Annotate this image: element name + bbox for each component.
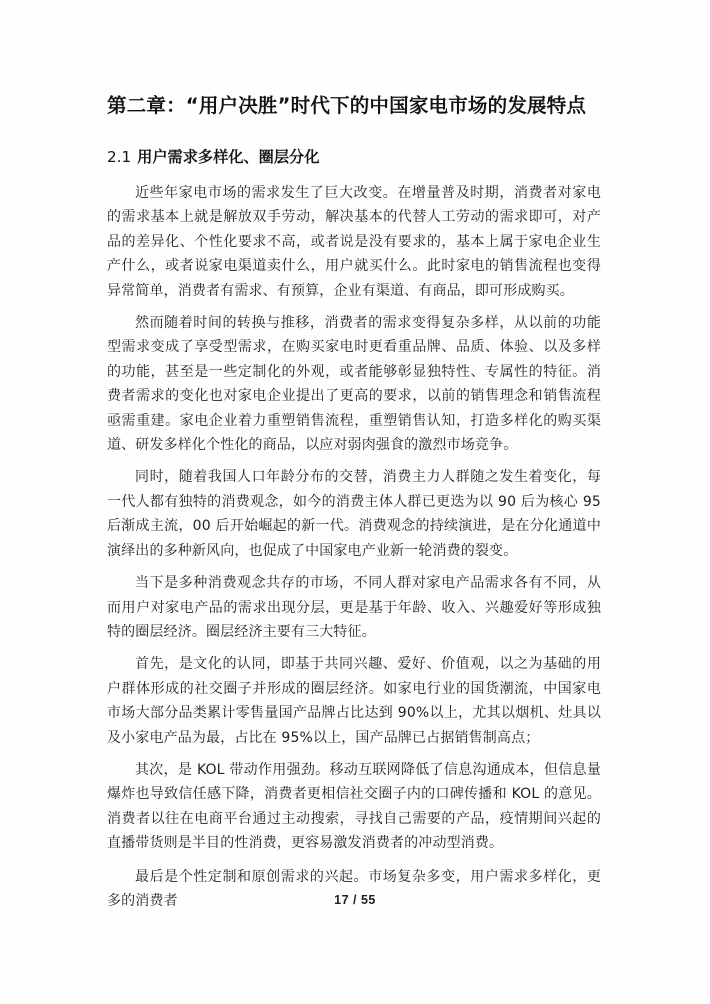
- paragraph-5: 首先，是文化的认同，即基于共同兴趣、爱好、价值观，以之为基础的用户群体形成的社交…: [107, 652, 601, 750]
- section-number: 2.1: [107, 148, 131, 166]
- paragraph-6: 其次，是 KOL 带动作用强劲。移动互联网降低了信息沟通成本，但信息量爆炸也导致…: [107, 758, 601, 856]
- page-content: 第二章：“用户决胜”时代下的中国家电市场的发展特点 2.1用户需求多样化、圈层分…: [107, 92, 601, 913]
- paragraph-4: 当下是多种消费观念共存的市场，不同人群对家电产品需求各有不同，从而用户对家电产品…: [107, 571, 601, 644]
- page-number: 17 / 55: [0, 893, 710, 907]
- document-page: 第二章：“用户决胜”时代下的中国家电市场的发展特点 2.1用户需求多样化、圈层分…: [0, 0, 710, 1004]
- paragraph-1: 近些年家电市场的需求发生了巨大改变。在增量普及时期，消费者对家电的需求基本上就是…: [107, 181, 601, 303]
- section-title: 用户需求多样化、圈层分化: [137, 148, 319, 166]
- paragraph-2: 然而随着时间的转换与推移，消费者的需求变得复杂多样，从以前的功能型需求变成了享受…: [107, 311, 601, 457]
- paragraph-3: 同时，随着我国人口年龄分布的交替，消费主力人群随之发生着变化，每一代人都有独特的…: [107, 465, 601, 563]
- section-heading: 2.1用户需求多样化、圈层分化: [107, 146, 601, 168]
- chapter-title: 第二章：“用户决胜”时代下的中国家电市场的发展特点: [107, 92, 601, 120]
